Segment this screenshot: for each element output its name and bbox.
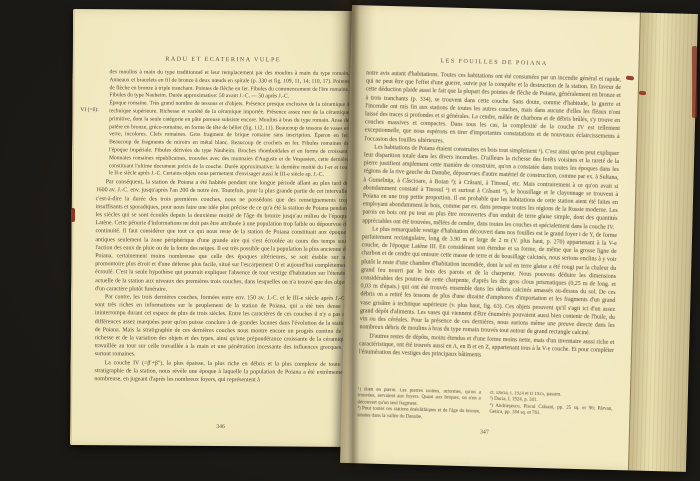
right-page-text-block: notre avis autant d'habitations. Toutes … [358,69,621,390]
fore-edge-page-stack [628,13,698,472]
running-head-right: LES FOUILLES DE POIANA [367,55,622,69]
paragraph: La couche IV (=β′+β″), la plus épaisse, … [94,359,347,385]
right-leaf: LES FOUILLES DE POIANA notre avis autant… [340,5,697,472]
page-number-right: 347 [357,426,612,439]
left-page-text-block: des moulins à main du type traditionnel … [94,69,349,419]
paragraph: Les habitations de Poiana étaient constr… [362,143,619,232]
footnote: ²) Pour toutes ces stations énéolithique… [357,407,480,423]
footnote: ⁴) Andrieşescu, Piscul Crăsani, pp. 25 s… [489,404,612,420]
running-head-left: RADU ET ECATERINA VULPE [97,55,350,64]
binding-mark-edge [639,91,646,96]
paragraph: Le plus remarquable vestige d'habitation… [359,225,617,338]
paragraph: Époque romaine. Très grand nombre de tes… [109,100,350,180]
footnote-column-1: ¹) Rien en pierre. Les pierres isolées, … [357,387,481,424]
binding-mark-left [71,208,75,222]
paragraph: notre avis autant d'habitations. Toutes … [364,69,621,149]
footnote-column-2: cf. Dacia, I, 1924 et II 1925, passim.³)… [489,391,613,428]
left-page: RADU ET ECATERINA VULPE VI (=δ): des mou… [70,9,354,447]
footnotes: ¹) Rien en pierre. Les pierres isolées, … [357,387,613,428]
page-number-left: 346 [94,423,347,431]
book-scan-background: RADU ET ECATERINA VULPE VI (=δ): des mou… [0,0,700,481]
right-page: LES FOUILLES DE POIANA notre avis autant… [340,5,640,470]
paragraph: des moulins à main du type traditionnel … [109,69,349,102]
cover-edge-strip [692,46,697,118]
paragraph: Par contre, les trois dernières couches,… [95,293,348,360]
paragraph: Par conséquent, la station de Poiana a é… [95,178,349,295]
